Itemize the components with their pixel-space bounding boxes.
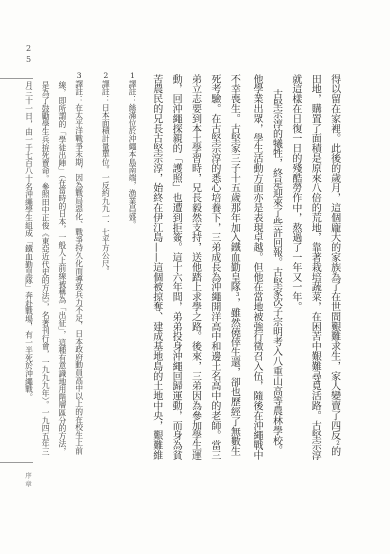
footnote-number: 1 <box>128 71 137 80</box>
main-text-block: 得以留在家裡。此後的歲月，這個龐大的家族為了在世間艱難求生，家人變賣了四反2的田… <box>146 74 347 461</box>
footnote-3: 3譯註：在太平洋戰爭末期，因為戰局惡化、戰爭持久化而導致兵力不足，日本政府動員高… <box>20 81 97 458</box>
paragraph: 古堅宗淳的犧牲，終是迎來了些許回報。古堅家次子宗明考入八重山高等農林學校。他學業… <box>146 74 285 461</box>
paragraph-text: ，雖然僥倖生還，卻也歷經了無數生死考驗。在古堅宗淳的悉心培養下，三弟成長為沖繩開… <box>151 74 240 460</box>
footnote-2: 2譯註：日本面積計量單位。一反約九九一．七平方公尺。 <box>97 81 124 458</box>
footnote-number: 3 <box>75 71 84 80</box>
footnote-text: 譯註：在太平洋戰爭末期，因為戰局惡化、戰爭持久化而導致兵力不足，日本政府動員高中… <box>24 80 83 455</box>
book-page: 25 得以留在家裡。此後的歲月，這個龐大的家族為了在世間艱難求生，家人變賣了四反… <box>0 0 390 554</box>
margin-rule-bottom <box>0 462 33 463</box>
footnote-text: 譯註：日本面積計量單位。一反約九九一．七平方公尺。 <box>101 80 110 275</box>
footnote-text: 譯註：絲滿位於沖繩本島南端，漁業昌盛。 <box>128 80 137 228</box>
footnote-1: 1譯註：絲滿位於沖繩本島南端，漁業昌盛。 <box>123 81 150 458</box>
running-title: 序章 <box>24 472 33 489</box>
margin-rule-top <box>0 78 33 79</box>
paragraph: 得以留在家裡。此後的歲月，這個龐大的家族為了在世間艱難求生，家人變賣了四反2的田… <box>285 74 347 461</box>
footnote-number: 2 <box>101 71 110 80</box>
footnotes-block: 1譯註：絲滿位於沖繩本島南端，漁業昌盛。 2譯註：日本面積計量單位。一反約九九一… <box>20 81 150 458</box>
page-number: 25 <box>24 44 33 66</box>
paragraph-text: 得以留在家裡。此後的歲月，這個龐大的家族為了在世間艱難求生，家人變賣了四反 <box>329 74 340 440</box>
